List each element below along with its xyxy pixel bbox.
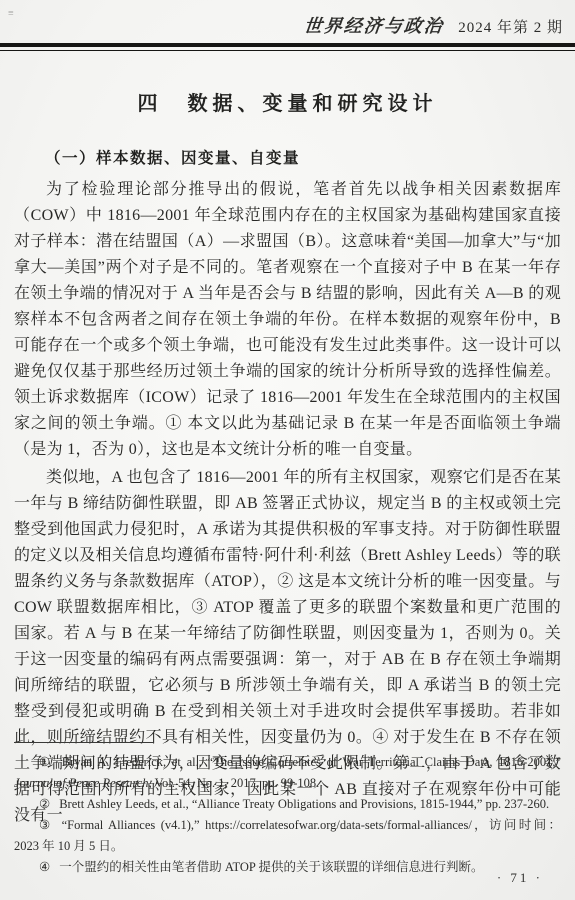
section-title: 四 数据、变量和研究设计 [0, 87, 575, 116]
footnote-marker: ② [39, 797, 50, 811]
page-number: · 71 · [497, 870, 543, 886]
footnote-item: ③“Formal Alliances (v4.1),” https://corr… [14, 815, 561, 857]
subsection-heading: （一）样本数据、因变量、自变量 [14, 146, 561, 168]
header-rule-thin [0, 50, 575, 51]
footnote-item: ②Brett Ashley Leeds, et al., “Alliance T… [14, 794, 561, 815]
footnote-separator [14, 742, 154, 743]
footnote-text: Bryan A. Frederick, et al., “The Issue C… [62, 755, 561, 769]
journal-name-calligraphy: 世界经济与政治 [303, 12, 446, 38]
header-rule-thick [0, 43, 575, 47]
article-body: 为了检验理论部分推导出的假说，笔者首先以战争相关因素数据库（COW）中 1816… [14, 177, 561, 829]
footnote-text: “Formal Alliances (v4.1),” https://corre… [14, 818, 561, 853]
footnote-text: , Vol. 54, No. 1, 2017, pp. 99-108. [149, 776, 320, 790]
footnote-marker: ④ [39, 860, 50, 874]
page-header: 世界经济与政治 2024 年第 2 期 [0, 0, 575, 38]
footnote-text: Brett Ashley Leeds, et al., “Alliance Tr… [59, 797, 549, 811]
footnotes-block: ①Bryan A. Frederick, et al., “The Issue … [14, 742, 561, 878]
journal-page: ≡ 世界经济与政治 2024 年第 2 期 四 数据、变量和研究设计 （一）样本… [0, 0, 575, 900]
issue-label: 2024 年第 2 期 [458, 16, 563, 37]
footnote-item: ④一个盟约的相关性由笔者借助 ATOP 提供的关于该联盟的详细信息进行判断。 [14, 857, 561, 878]
scan-artifact-mark: ≡ [8, 8, 13, 19]
footnote-text: 一个盟约的相关性由笔者借助 ATOP 提供的关于该联盟的详细信息进行判断。 [59, 860, 483, 874]
footnote-journal-title: Journal of Peace Research [14, 776, 149, 790]
footnote-item: ①Bryan A. Frederick, et al., “The Issue … [14, 752, 561, 794]
footnote-marker: ③ [39, 818, 53, 832]
paragraph: 为了检验理论部分推导出的假说，笔者首先以战争相关因素数据库（COW）中 1816… [14, 177, 561, 463]
footnote-marker: ① [39, 755, 53, 769]
